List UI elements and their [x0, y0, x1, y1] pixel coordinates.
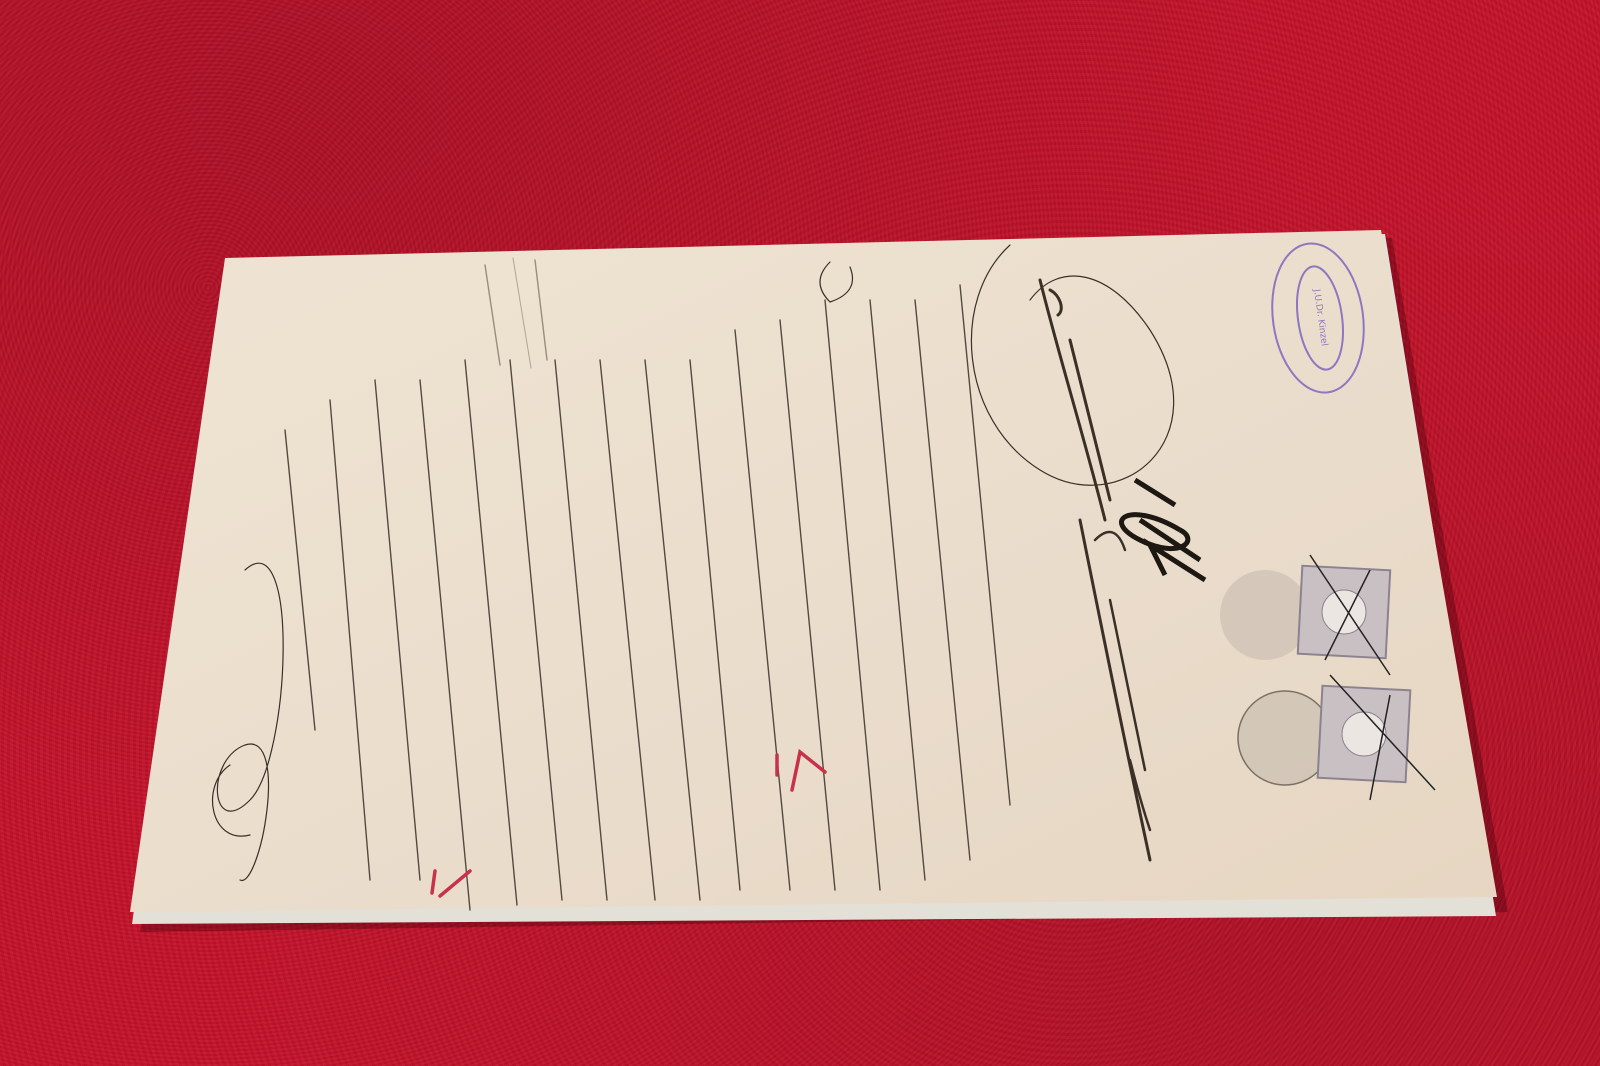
document-photo: J.U.Dr. Kinzel [0, 0, 1600, 1066]
document-sheet [130, 230, 1497, 912]
